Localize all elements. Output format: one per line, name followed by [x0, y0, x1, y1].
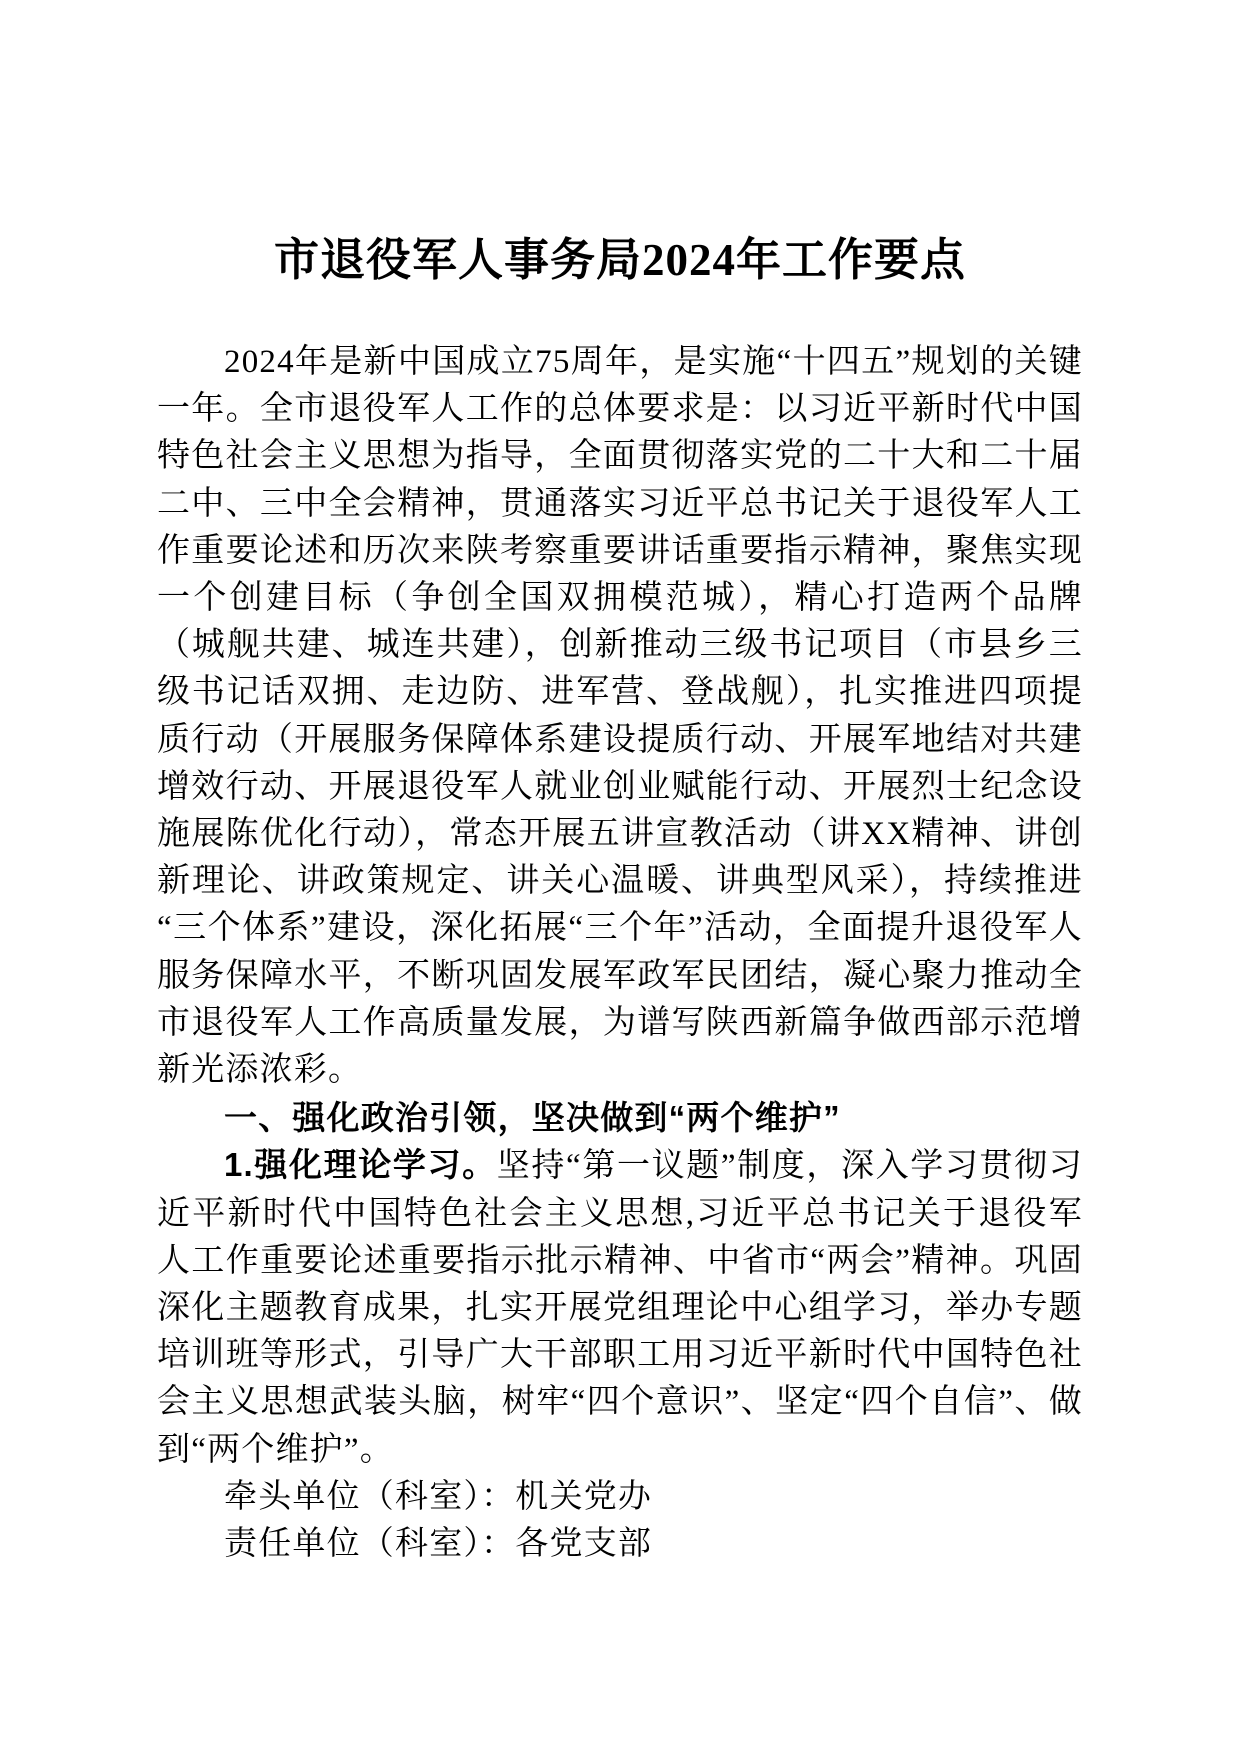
document-content: 市退役军人事务局2024年工作要点 2024年是新中国成立75周年，是实施“十四… — [157, 0, 1083, 1568]
responsible-unit-line: 责任单位（科室）：各党支部 — [157, 1521, 1083, 1568]
lead-unit-line: 牵头单位（科室）：机关党办 — [157, 1474, 1083, 1521]
section-1-heading: 一、强化政治引领，坚决做到“两个维护” — [157, 1094, 1083, 1141]
item-1-paragraph: 1.强化理论学习。坚持“第一议题”制度，深入学习贯彻习近平新时代中国特色社会主义… — [157, 1141, 1083, 1473]
document-title: 市退役军人事务局2024年工作要点 — [157, 228, 1083, 292]
intro-paragraph: 2024年是新中国成立75周年，是实施“十四五”规划的关键一年。全市退役军人工作… — [157, 339, 1083, 1094]
item-1-body: 坚持“第一议题”制度，深入学习贯彻习近平新时代中国特色社会主义思想,习近平总书记… — [157, 1148, 1083, 1467]
item-1-lead: 1.强化理论学习。 — [224, 1146, 497, 1183]
document-page: 市退役军人事务局2024年工作要点 2024年是新中国成立75周年，是实施“十四… — [0, 0, 1240, 1754]
